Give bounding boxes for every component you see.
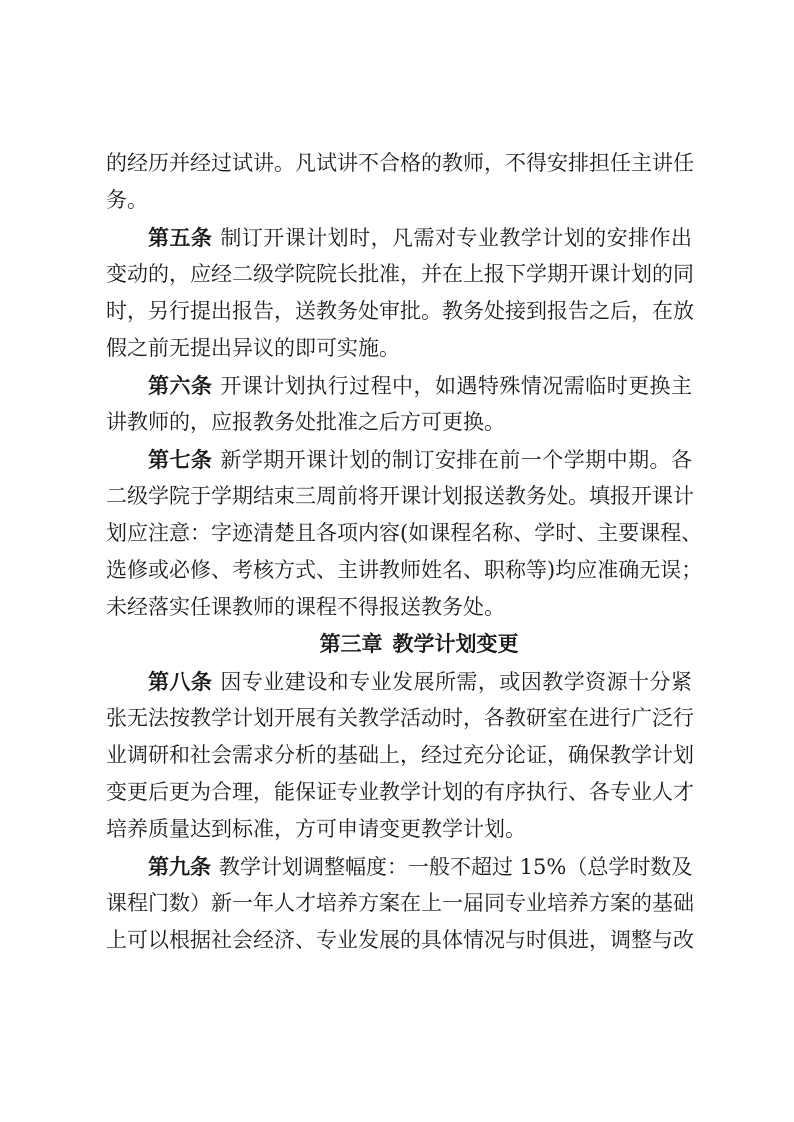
paragraph-line: 培养质量达到标准，方可申请变更教学计划。 bbox=[106, 811, 692, 848]
paragraph-line: 划应注意：字迹清楚且各项内容(如课程名称、学时、主要课程、 bbox=[106, 515, 692, 552]
article-label: 第五条 bbox=[148, 225, 212, 250]
article-text: 制订开课计划时，凡需对专业教学计划的安排作出 bbox=[220, 226, 692, 250]
chapter-number: 第三章 bbox=[320, 632, 383, 656]
article-9-first-line: 第九条教学计划调整幅度：一般不超过 15%（总学时数及 bbox=[106, 848, 692, 885]
paragraph-line: 务。 bbox=[106, 182, 692, 219]
article-text: 新学期开课计划的制订安排在前一个学期中期。各 bbox=[220, 448, 692, 472]
article-text: 因专业建设和专业发展所需，或因教学资源十分紧 bbox=[220, 670, 692, 694]
chapter-title: 教学计划变更 bbox=[393, 632, 519, 656]
paragraph-line: 二级学院于学期结束三周前将开课计划报送教务处。填报开课计 bbox=[106, 478, 692, 515]
paragraph-line: 上可以根据社会经济、专业发展的具体情况与时俱进，调整与改 bbox=[106, 922, 692, 959]
paragraph-line: 时，另行提出报告，送教务处审批。教务处接到报告之后，在放 bbox=[106, 293, 692, 330]
paragraph-line: 课程门数）新一年人才培养方案在上一届同专业培养方案的基础 bbox=[106, 885, 692, 922]
article-label: 第九条 bbox=[148, 854, 211, 879]
article-label: 第八条 bbox=[148, 669, 212, 694]
paragraph-line: 选修或必修、考核方式、主讲教师姓名、职称等)均应准确无误； bbox=[106, 552, 692, 589]
article-7-first-line: 第七条新学期开课计划的制订安排在前一个学期中期。各 bbox=[106, 441, 692, 478]
article-5-first-line: 第五条制订开课计划时，凡需对专业教学计划的安排作出 bbox=[106, 219, 692, 256]
paragraph-line: 未经落实任课教师的课程不得报送教务处。 bbox=[106, 589, 692, 626]
paragraph-line: 张无法按教学计划开展有关教学活动时，各教研室在进行广泛行 bbox=[106, 700, 692, 737]
paragraph-line: 业调研和社会需求分析的基础上，经过充分论证，确保教学计划 bbox=[106, 737, 692, 774]
article-8-first-line: 第八条因专业建设和专业发展所需，或因教学资源十分紧 bbox=[106, 663, 692, 700]
paragraph-line: 变更后更为合理，能保证专业教学计划的有序执行、各专业人才 bbox=[106, 774, 692, 811]
paragraph-line: 讲教师的，应报教务处批准之后方可更换。 bbox=[106, 404, 692, 441]
paragraph-line: 假之前无提出异议的即可实施。 bbox=[106, 330, 692, 367]
article-label: 第六条 bbox=[148, 373, 212, 398]
article-text: 开课计划执行过程中，如遇特殊情况需临时更换主 bbox=[220, 374, 692, 398]
article-text: 教学计划调整幅度：一般不超过 15%（总学时数及 bbox=[219, 855, 692, 879]
document-page: 的经历并经过试讲。凡试讲不合格的教师，不得安排担任主讲任 务。 第五条制订开课计… bbox=[106, 145, 692, 959]
article-6-first-line: 第六条开课计划执行过程中，如遇特殊情况需临时更换主 bbox=[106, 367, 692, 404]
chapter-heading: 第三章教学计划变更 bbox=[106, 626, 692, 663]
paragraph-line: 的经历并经过试讲。凡试讲不合格的教师，不得安排担任主讲任 bbox=[106, 145, 692, 182]
paragraph-line: 变动的，应经二级学院院长批准，并在上报下学期开课计划的同 bbox=[106, 256, 692, 293]
article-label: 第七条 bbox=[148, 447, 212, 472]
